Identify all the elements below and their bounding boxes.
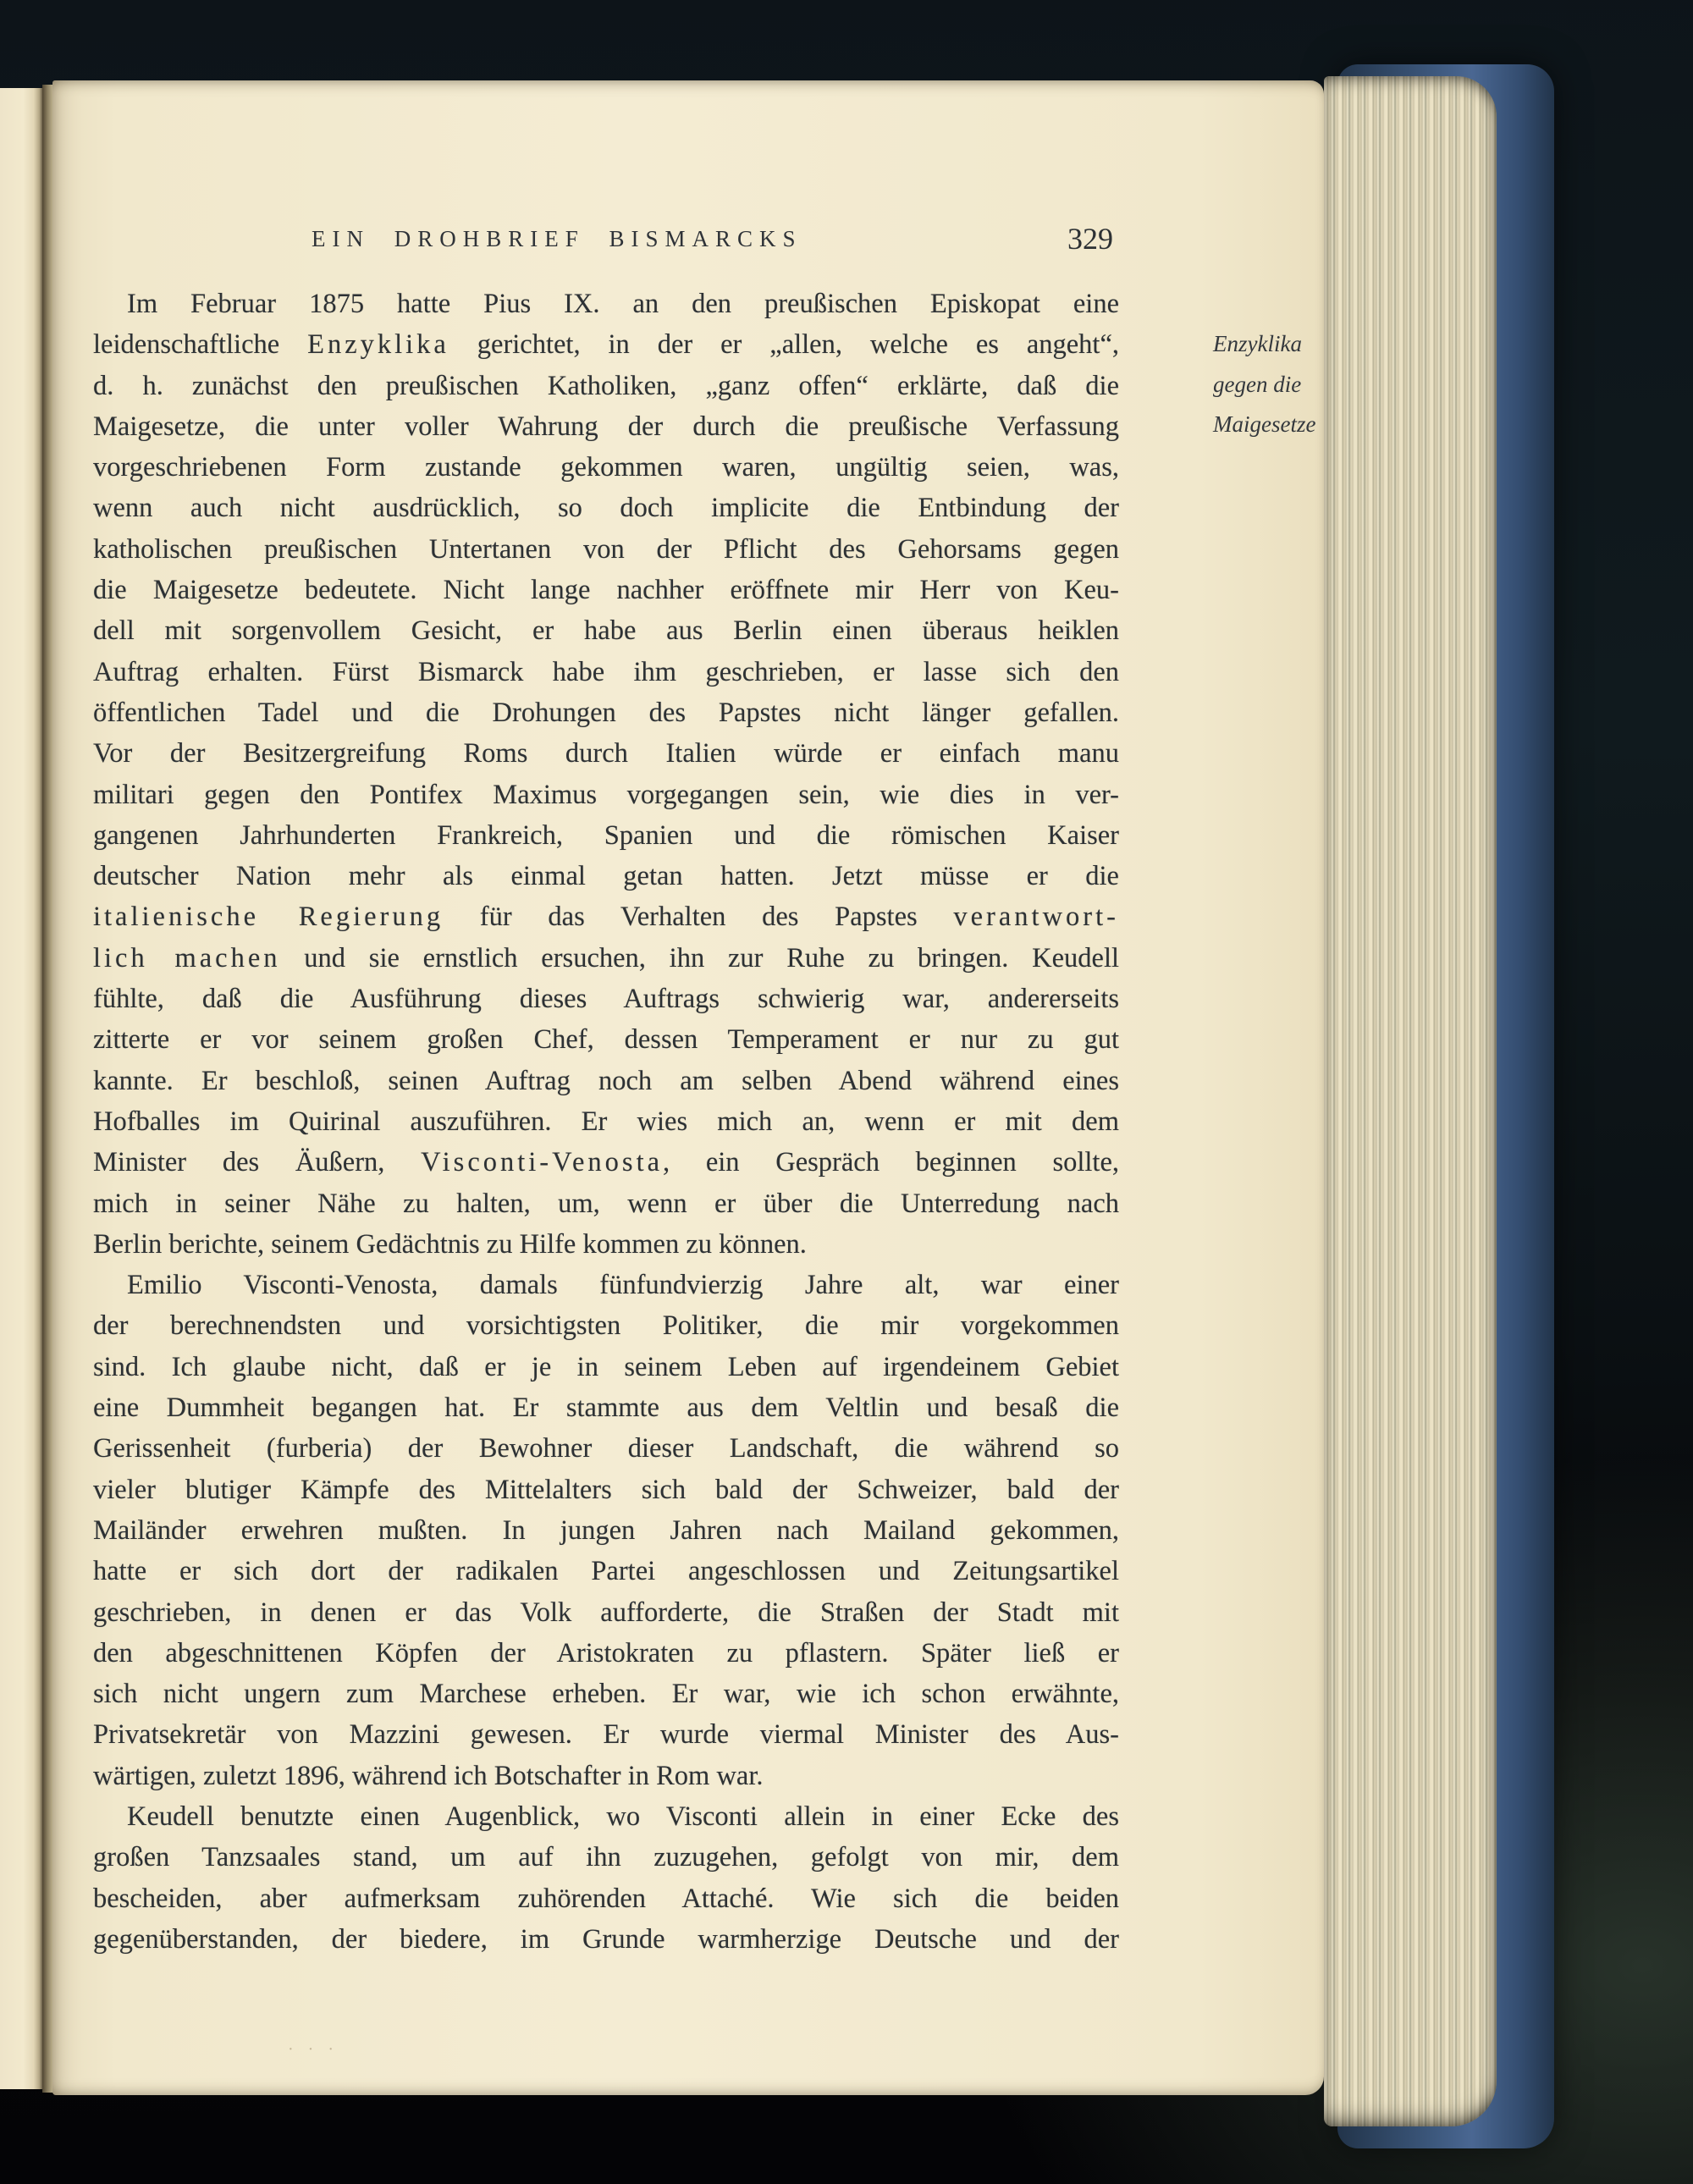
text-run: gegenüberstanden, der biedere, im Grunde… [93,1924,1119,1955]
text-line: Keudell benutzte einen Augenblick, wo Vi… [93,1796,1119,1837]
text-line: Berlin berichte, seinem Gedächtnis zu Hi… [93,1224,1119,1265]
text-line: Minister des Äußern, Visconti-Venosta, e… [93,1142,1119,1183]
text-line: fühlte, daß die Ausführung dieses Auftra… [93,979,1119,1019]
text-run: Keudell benutzte einen Augenblick, wo Vi… [127,1801,1119,1832]
running-head: EIN DROHBRIEF BISMARCKS [312,226,802,252]
margin-note: Enzyklika gegen die Maigesetze [1213,324,1374,445]
text-line: militari gegen den Pontifex Maximus vorg… [93,775,1119,815]
text-run: Privatsekretär von Mazzini gewesen. Er w… [93,1719,1119,1750]
text-line: d. h. zunächst den preußischen Katholike… [93,366,1119,406]
text-run: katholischen preußischen Untertanen von … [93,534,1119,565]
text-run: mich in seiner Nähe zu halten, um, wenn … [93,1189,1119,1219]
show-through-dots: · · · [288,2040,339,2060]
text-line: vorgeschriebenen Form zustande gekommen … [93,447,1119,488]
text-line: bescheiden, aber aufmerksam zuhörenden A… [93,1878,1119,1919]
text-run: sind. Ich glaube nicht, daß er je in sei… [93,1352,1119,1382]
book-photo: { "colors": { "background": "#101a1e", "… [0,0,1693,2184]
text-run: zitterte er vor seinem großen Chef, dess… [93,1024,1119,1055]
text-run: Mailänder erwehren mußten. In jungen Jah… [93,1515,1119,1546]
text-line: katholischen preußischen Untertanen von … [93,529,1119,570]
text-run: Hofballes im Quirinal auszuführen. Er wi… [93,1106,1119,1137]
text-run: den abgeschnittenen Köpfen der Aristokra… [93,1638,1119,1668]
text-line: leidenschaftliche Enzyklika gerichtet, i… [93,324,1119,365]
text-line: mich in seiner Nähe zu halten, um, wenn … [93,1183,1119,1224]
text-run: öffentlichen Tadel und die Drohungen des… [93,698,1119,728]
margin-note-line: Maigesetze [1213,405,1374,445]
text-run: Im Februar 1875 hatte Pius IX. an den pr… [127,289,1119,319]
facing-page-edge [0,88,42,2089]
text-line: öffentlichen Tadel und die Drohungen des… [93,692,1119,733]
text-run: sich nicht ungern zum Marchese erheben. … [93,1679,1119,1709]
text-line: Emilio Visconti-Venosta, damals fünfundv… [93,1265,1119,1305]
text-run: Berlin berichte, seinem Gedächtnis zu Hi… [93,1229,807,1260]
text-line: italienische Regierung für das Verhalten… [93,896,1119,937]
text-run: großen Tanzsaales stand, um auf ihn zuzu… [93,1842,1119,1872]
text-line: Vor der Besitzergreifung Roms durch Ital… [93,733,1119,774]
text-run: dell mit sorgenvollem Gesicht, er habe a… [93,615,1119,646]
text-run: geschrieben, in denen er das Volk auffor… [93,1597,1119,1628]
text-run: militari gegen den Pontifex Maximus vorg… [93,780,1119,810]
letterspaced-text: Visconti-Venosta [421,1147,663,1177]
text-line: lich machen und sie ernstlich ersuchen, … [93,938,1119,979]
text-line: Auftrag erhalten. Fürst Bismarck habe ih… [93,652,1119,692]
text-line: großen Tanzsaales stand, um auf ihn zuzu… [93,1837,1119,1878]
letterspaced-text: italienische Regierung [93,902,444,932]
text-run: die Maigesetze bedeutete. Nicht lange na… [93,575,1119,605]
text-line: sind. Ich glaube nicht, daß er je in sei… [93,1347,1119,1387]
body-text-column: Im Februar 1875 hatte Pius IX. an den pr… [93,284,1119,1960]
text-run: kannte. Er beschloß, seinen Auftrag noch… [93,1066,1119,1096]
text-run: Maigesetze, die unter voller Wahrung der… [93,411,1119,442]
text-run: Emilio Visconti-Venosta, damals fünfundv… [127,1270,1119,1300]
letterspaced-text: Enzyklika [307,329,449,360]
text-line: wärtigen, zuletzt 1896, während ich Bots… [93,1756,1119,1796]
text-run: vorgeschriebenen Form zustande gekommen … [93,452,1119,483]
text-line: Im Februar 1875 hatte Pius IX. an den pr… [93,284,1119,324]
text-run: der berechnendsten und vorsichtigsten Po… [93,1310,1119,1341]
margin-note-line: gegen die [1213,365,1374,405]
text-run: Auftrag erhalten. Fürst Bismarck habe ih… [93,657,1119,687]
text-run: wenn auch nicht ausdrücklich, so doch im… [93,493,1119,523]
text-run: hatte er sich dort der radikalen Partei … [93,1556,1119,1586]
text-line: sich nicht ungern zum Marchese erheben. … [93,1674,1119,1714]
text-line: gangenen Jahrhunderten Frankreich, Spani… [93,815,1119,856]
text-run: fühlte, daß die Ausführung dieses Auftra… [93,984,1119,1014]
text-run: eine Dummheit begangen hat. Er stammte a… [93,1393,1119,1423]
text-line: kannte. Er beschloß, seinen Auftrag noch… [93,1061,1119,1101]
text-run: Vor der Besitzergreifung Roms durch Ital… [93,738,1119,769]
text-run: wärtigen, zuletzt 1896, während ich Bots… [93,1761,764,1791]
text-line: Gerissenheit (furberia) der Bewohner die… [93,1428,1119,1469]
text-line: Mailänder erwehren mußten. In jungen Jah… [93,1510,1119,1551]
text-run: vieler blutiger Kämpfe des Mittelalters … [93,1475,1119,1505]
text-line: zitterte er vor seinem großen Chef, dess… [93,1019,1119,1060]
text-line: vieler blutiger Kämpfe des Mittelalters … [93,1470,1119,1510]
text-run: deutscher Nation mehr als einmal getan h… [93,861,1119,891]
text-line: Privatsekretär von Mazzini gewesen. Er w… [93,1714,1119,1755]
text-run: Gerissenheit (furberia) der Bewohner die… [93,1433,1119,1464]
text-line: dell mit sorgenvollem Gesicht, er habe a… [93,610,1119,651]
text-run: , ein Gespräch beginnen sollte, [663,1147,1119,1177]
text-line: hatte er sich dort der radikalen Partei … [93,1551,1119,1591]
book-page: EIN DROHBRIEF BISMARCKS 329 Enzyklika ge… [52,80,1324,2095]
text-line: wenn auch nicht ausdrücklich, so doch im… [93,488,1119,528]
text-run: bescheiden, aber aufmerksam zuhörenden A… [93,1883,1119,1914]
margin-note-line: Enzyklika [1213,324,1374,365]
text-line: deutscher Nation mehr als einmal getan h… [93,856,1119,896]
text-line: gegenüberstanden, der biedere, im Grunde… [93,1919,1119,1960]
letterspaced-text: lich machen [93,943,281,973]
text-line: den abgeschnittenen Köpfen der Aristokra… [93,1633,1119,1674]
text-line: der berechnendsten und vorsichtigsten Po… [93,1305,1119,1346]
letterspaced-text: verantwort- [953,902,1119,932]
text-line: Hofballes im Quirinal auszuführen. Er wi… [93,1101,1119,1142]
text-run: Minister des Äußern, [93,1147,421,1177]
text-line: die Maigesetze bedeutete. Nicht lange na… [93,570,1119,610]
text-run: gerichtet, in der er „allen, welche es a… [449,329,1119,360]
text-run: leidenschaftliche [93,329,307,360]
text-run: d. h. zunächst den preußischen Katholike… [93,371,1119,401]
page-number: 329 [1067,221,1113,256]
text-line: eine Dummheit begangen hat. Er stammte a… [93,1387,1119,1428]
text-line: Maigesetze, die unter voller Wahrung der… [93,406,1119,447]
text-run: und sie ernstlich ersuchen, ihn zur Ruhe… [281,943,1119,973]
text-run: gangenen Jahrhunderten Frankreich, Spani… [93,820,1119,851]
text-line: geschrieben, in denen er das Volk auffor… [93,1592,1119,1633]
text-run: für das Verhalten des Papstes [444,902,953,932]
